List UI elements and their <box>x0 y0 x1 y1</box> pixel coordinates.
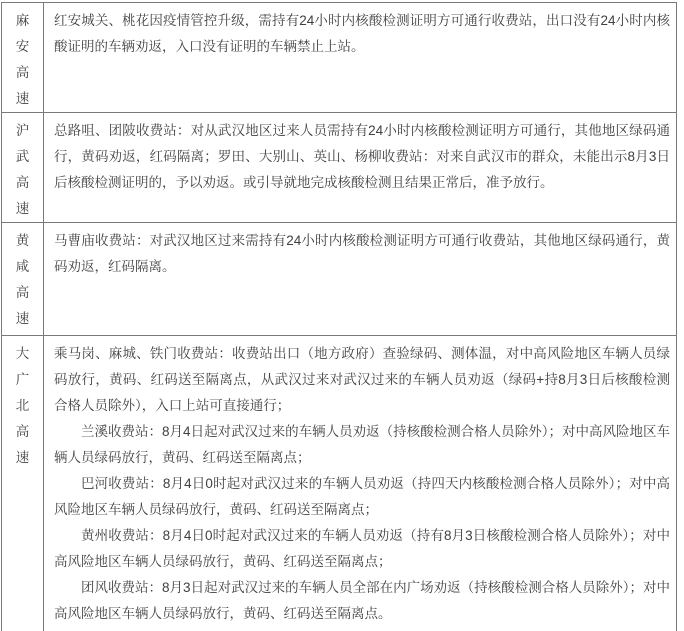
highway-name-cell: 麻安高速 <box>2 3 44 113</box>
policy-paragraph: 团风收费站：8月3日起对武汉过来的车辆人员全部在内广场劝返（持核酸检测合格人员除… <box>54 575 670 627</box>
highway-name-cell: 黄咸高速 <box>2 223 44 336</box>
toll-policy-table: 麻安高速红安城关、桃花因疫情管控升级，需持有24小时内核酸检测证明方可通行收费站… <box>1 2 677 631</box>
highway-name-cell: 大广北高速 <box>2 336 44 631</box>
highway-name-char: 咸 <box>2 254 43 280</box>
toll-policy-table-body: 麻安高速红安城关、桃花因疫情管控升级，需持有24小时内核酸检测证明方可通行收费站… <box>2 3 677 631</box>
table-row: 大广北高速乘马岗、麻城、铁门收费站：收费站出口（地方政府）查验绿码、测体温，对中… <box>2 336 677 631</box>
policy-paragraph: 黄州收费站：8月4日0时起对武汉过来的车辆人员劝返（持有8月3日核酸检测合格人员… <box>54 523 670 575</box>
policy-paragraph: 兰溪收费站：8月4日起对武汉过来的车辆人员劝返（持核酸检测合格人员除外）；对中高… <box>54 419 670 471</box>
document-page: 麻安高速红安城关、桃花因疫情管控升级，需持有24小时内核酸检测证明方可通行收费站… <box>0 0 684 631</box>
table-row: 麻安高速红安城关、桃花因疫情管控升级，需持有24小时内核酸检测证明方可通行收费站… <box>2 3 677 113</box>
highway-name-char: 高 <box>2 60 43 86</box>
highway-name-char: 速 <box>2 306 43 332</box>
highway-name-cell: 沪武高速 <box>2 113 44 223</box>
policy-paragraph: 乘马岗、麻城、铁门收费站：收费站出口（地方政府）查验绿码、测体温，对中高风险地区… <box>54 341 670 419</box>
policy-cell: 总路咀、团陂收费站：对从武汉地区过来人员需持有24小时内核酸检测证明方可通行，其… <box>44 113 677 223</box>
policy-cell: 乘马岗、麻城、铁门收费站：收费站出口（地方政府）查验绿码、测体温，对中高风险地区… <box>44 336 677 631</box>
highway-name-char: 高 <box>2 280 43 306</box>
policy-paragraph: 巴河收费站：8月4日0时起对武汉过来的车辆人员劝返（持四天内核酸检测合格人员除外… <box>54 471 670 523</box>
highway-name-char: 广 <box>2 367 43 393</box>
highway-name-char: 沪 <box>2 118 43 144</box>
policy-paragraph: 马曹庙收费站：对武汉地区过来需持有24小时内核酸检测证明方可通行收费站，其他地区… <box>54 228 670 280</box>
policy-paragraph: 总路咀、团陂收费站：对从武汉地区过来人员需持有24小时内核酸检测证明方可通行，其… <box>54 118 670 196</box>
policy-cell: 红安城关、桃花因疫情管控升级，需持有24小时内核酸检测证明方可通行收费站，出口没… <box>44 3 677 113</box>
highway-name-char: 速 <box>2 86 43 112</box>
highway-name-char: 高 <box>2 170 43 196</box>
highway-name-char: 高 <box>2 419 43 445</box>
highway-name-char: 大 <box>2 341 43 367</box>
highway-name-char: 北 <box>2 393 43 419</box>
highway-name-char: 武 <box>2 144 43 170</box>
table-row: 沪武高速总路咀、团陂收费站：对从武汉地区过来人员需持有24小时内核酸检测证明方可… <box>2 113 677 223</box>
table-row: 黄咸高速马曹庙收费站：对武汉地区过来需持有24小时内核酸检测证明方可通行收费站，… <box>2 223 677 336</box>
highway-name-char: 速 <box>2 196 43 222</box>
highway-name-char: 黄 <box>2 228 43 254</box>
policy-cell: 马曹庙收费站：对武汉地区过来需持有24小时内核酸检测证明方可通行收费站，其他地区… <box>44 223 677 336</box>
highway-name-char: 速 <box>2 445 43 471</box>
policy-paragraph: 红安城关、桃花因疫情管控升级，需持有24小时内核酸检测证明方可通行收费站，出口没… <box>54 8 670 60</box>
highway-name-char: 麻 <box>2 8 43 34</box>
highway-name-char: 安 <box>2 34 43 60</box>
